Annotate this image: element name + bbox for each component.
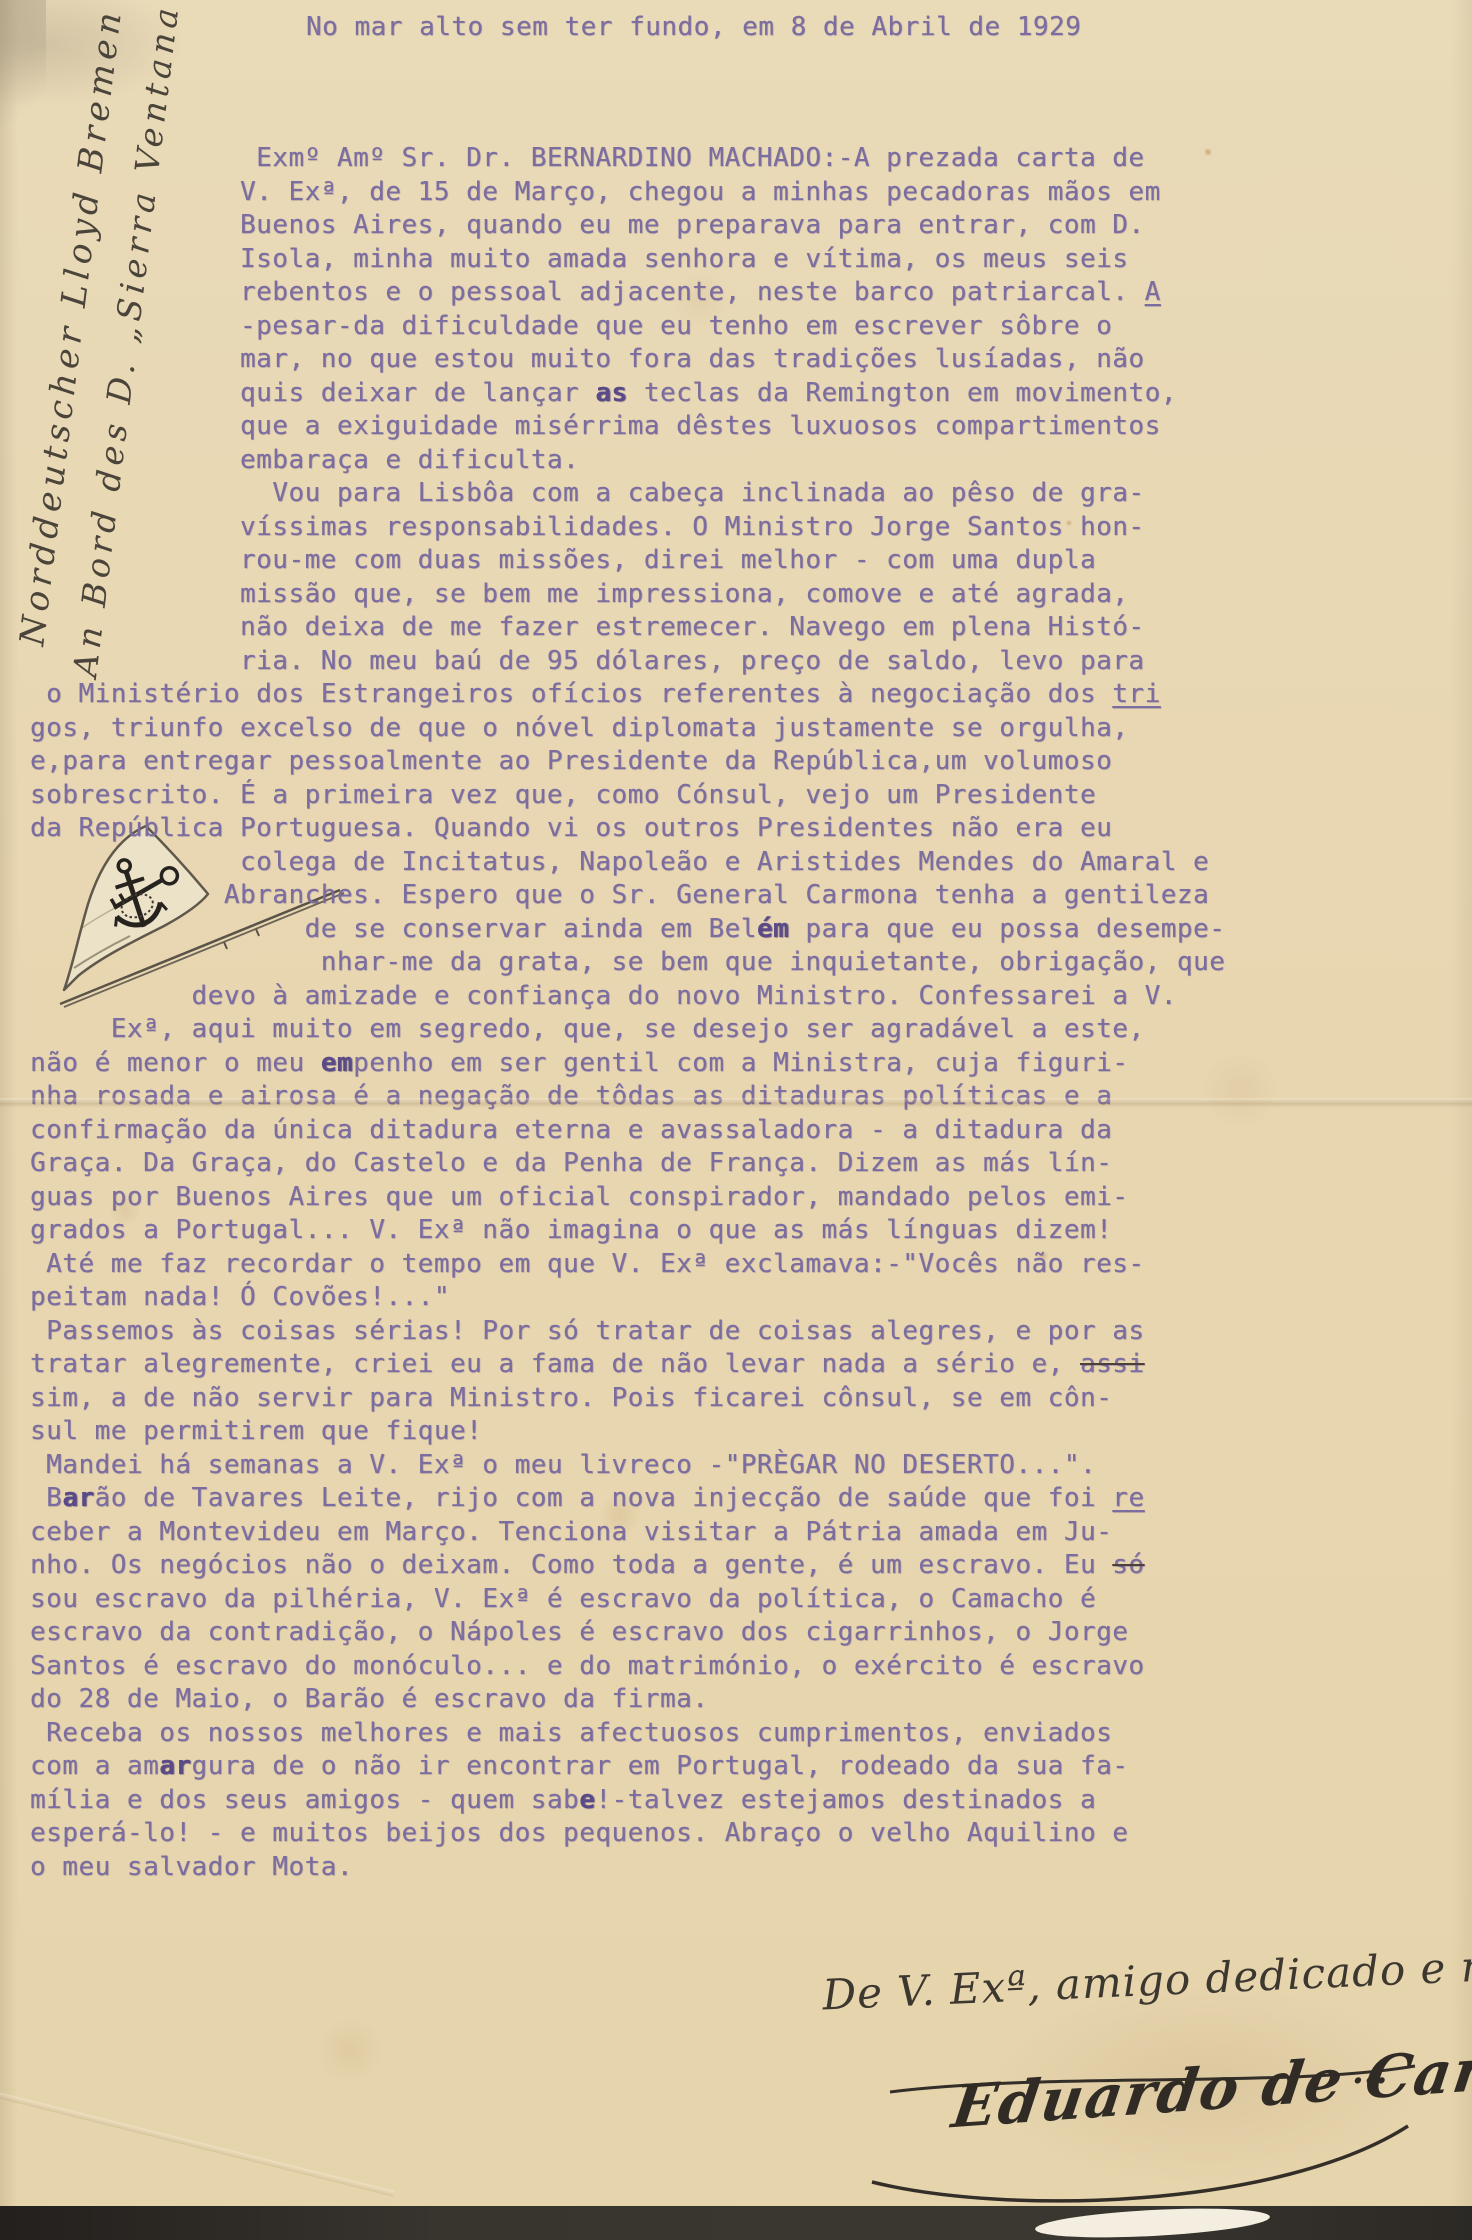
- typed-line: Receba os nossos melhores e mais afectuo…: [30, 1717, 1450, 1751]
- typed-line: peitam nada! Ó Covões!...": [30, 1281, 1450, 1315]
- typed-line: quis deixar de lançar as teclas da Remin…: [30, 377, 1450, 411]
- typed-line: não é menor o meu empenho em ser gentil …: [30, 1047, 1450, 1081]
- typed-line: guas por Buenos Aires que um oficial con…: [30, 1181, 1450, 1215]
- typed-line: -pesar-da dificuldade que eu tenho em es…: [30, 310, 1450, 344]
- typed-line: tratar alegremente, criei eu a fama de n…: [30, 1348, 1450, 1382]
- typed-line: Até me faz recordar o tempo em que V. Ex…: [30, 1248, 1450, 1282]
- fold-crease: [0, 1098, 1472, 1108]
- signature-dots: ...: [1352, 2052, 1388, 2092]
- typed-line: missão que, se bem me impressiona, comov…: [30, 578, 1450, 612]
- bottom-fold-crease: [0, 2089, 394, 2196]
- scanned-letter-page: No mar alto sem ter fundo, em 8 de Abril…: [0, 0, 1472, 2240]
- typed-line: sim, a de não servir para Ministro. Pois…: [30, 1382, 1450, 1416]
- typed-line: Santos é escravo do monóculo... e do mat…: [30, 1650, 1450, 1684]
- typed-line: Isola, minha muito amada senhora e vítim…: [30, 243, 1450, 277]
- typed-line: sul me permitirem que fique!: [30, 1415, 1450, 1449]
- typed-line: embaraça e dificulta.: [30, 444, 1450, 478]
- typed-line: confirmação da única ditadura eterna e a…: [30, 1114, 1450, 1148]
- typed-line: mília e dos seus amigos - quem sabe!-tal…: [30, 1784, 1450, 1818]
- dateline: No mar alto sem ter fundo, em 8 de Abril…: [306, 12, 1081, 42]
- typed-line: nha rosada e airosa é a negação de tôdas…: [30, 1080, 1450, 1114]
- typed-line: e,para entregar pessoalmente ao Presiden…: [30, 745, 1450, 779]
- typed-line: rebentos e o pessoal adjacente, neste ba…: [30, 276, 1450, 310]
- typed-line: víssimas responsabilidades. O Ministro J…: [30, 511, 1450, 545]
- typed-line: da República Portuguesa. Quando vi os ou…: [30, 812, 1450, 846]
- typed-line: nhar-me da grata, se bem que inquietante…: [30, 946, 1450, 980]
- typed-line: Mandei há semanas a V. Exª o meu livreco…: [30, 1449, 1450, 1483]
- paper-corner-tear: [0, 0, 46, 150]
- typed-line: Exmº Amº Sr. Dr. BERNARDINO MACHADO:-A p…: [30, 142, 1450, 176]
- typed-line: Exª, aqui muito em segredo, que, se dese…: [30, 1013, 1450, 1047]
- typed-line: grados a Portugal... V. Exª não imagina …: [30, 1214, 1450, 1248]
- handwritten-valediction: De V. Exª, amigo dedicado e mt. obrigado…: [821, 1930, 1472, 2020]
- letter-body: Exmº Amº Sr. Dr. BERNARDINO MACHADO:-A p…: [30, 142, 1450, 1884]
- typed-line: mar, no que estou muito fora das tradiçõ…: [30, 343, 1450, 377]
- typed-line: devo à amizade e confiança do novo Minis…: [30, 980, 1450, 1014]
- typed-line: ria. No meu baú de 95 dólares, preço de …: [30, 645, 1450, 679]
- typed-line: escravo da contradição, o Nápoles é escr…: [30, 1616, 1450, 1650]
- typed-line: colega de Incitatus, Napoleão e Aristide…: [30, 846, 1450, 880]
- typed-line: com a amargura de o não ir encontrar em …: [30, 1750, 1450, 1784]
- typed-line: ceber a Montevideu em Março. Tenciona vi…: [30, 1516, 1450, 1550]
- typed-line: Abranches. Espero que o Sr. General Carm…: [30, 879, 1450, 913]
- typed-line: que a exiguidade misérrima dêstes luxuos…: [30, 410, 1450, 444]
- typed-line: gos, triunfo excelso de que o nóvel dipl…: [30, 712, 1450, 746]
- typed-line: Graça. Da Graça, do Castelo e da Penha d…: [30, 1147, 1450, 1181]
- typed-line: esperá-lo! - e muitos beijos dos pequeno…: [30, 1817, 1450, 1851]
- typed-line: o meu salvador Mota.: [30, 1851, 1450, 1885]
- typed-line: Passemos às coisas sérias! Por só tratar…: [30, 1315, 1450, 1349]
- typed-line: sobrescrito. É a primeira vez que, como …: [30, 779, 1450, 813]
- typed-line: Buenos Aires, quando eu me preparava par…: [30, 209, 1450, 243]
- typed-line: do 28 de Maio, o Barão é escravo da firm…: [30, 1683, 1450, 1717]
- typed-line: nho. Os negócios não o deixam. Como toda…: [30, 1549, 1450, 1583]
- typed-line: Vou para Lisbôa com a cabeça inclinada a…: [30, 477, 1450, 511]
- typed-line: rou-me com duas missões, direi melhor - …: [30, 544, 1450, 578]
- typed-line: Barão de Tavares Leite, rijo com a nova …: [30, 1482, 1450, 1516]
- typed-line: de se conservar ainda em Belém para que …: [30, 913, 1450, 947]
- typed-line: não deixa de me fazer estremecer. Navego…: [30, 611, 1450, 645]
- typed-line: V. Exª, de 15 de Março, chegou a minhas …: [30, 176, 1450, 210]
- typed-line: sou escravo da pilhéria, V. Exª é escrav…: [30, 1583, 1450, 1617]
- typed-line: o Ministério dos Estrangeiros ofícios re…: [30, 678, 1450, 712]
